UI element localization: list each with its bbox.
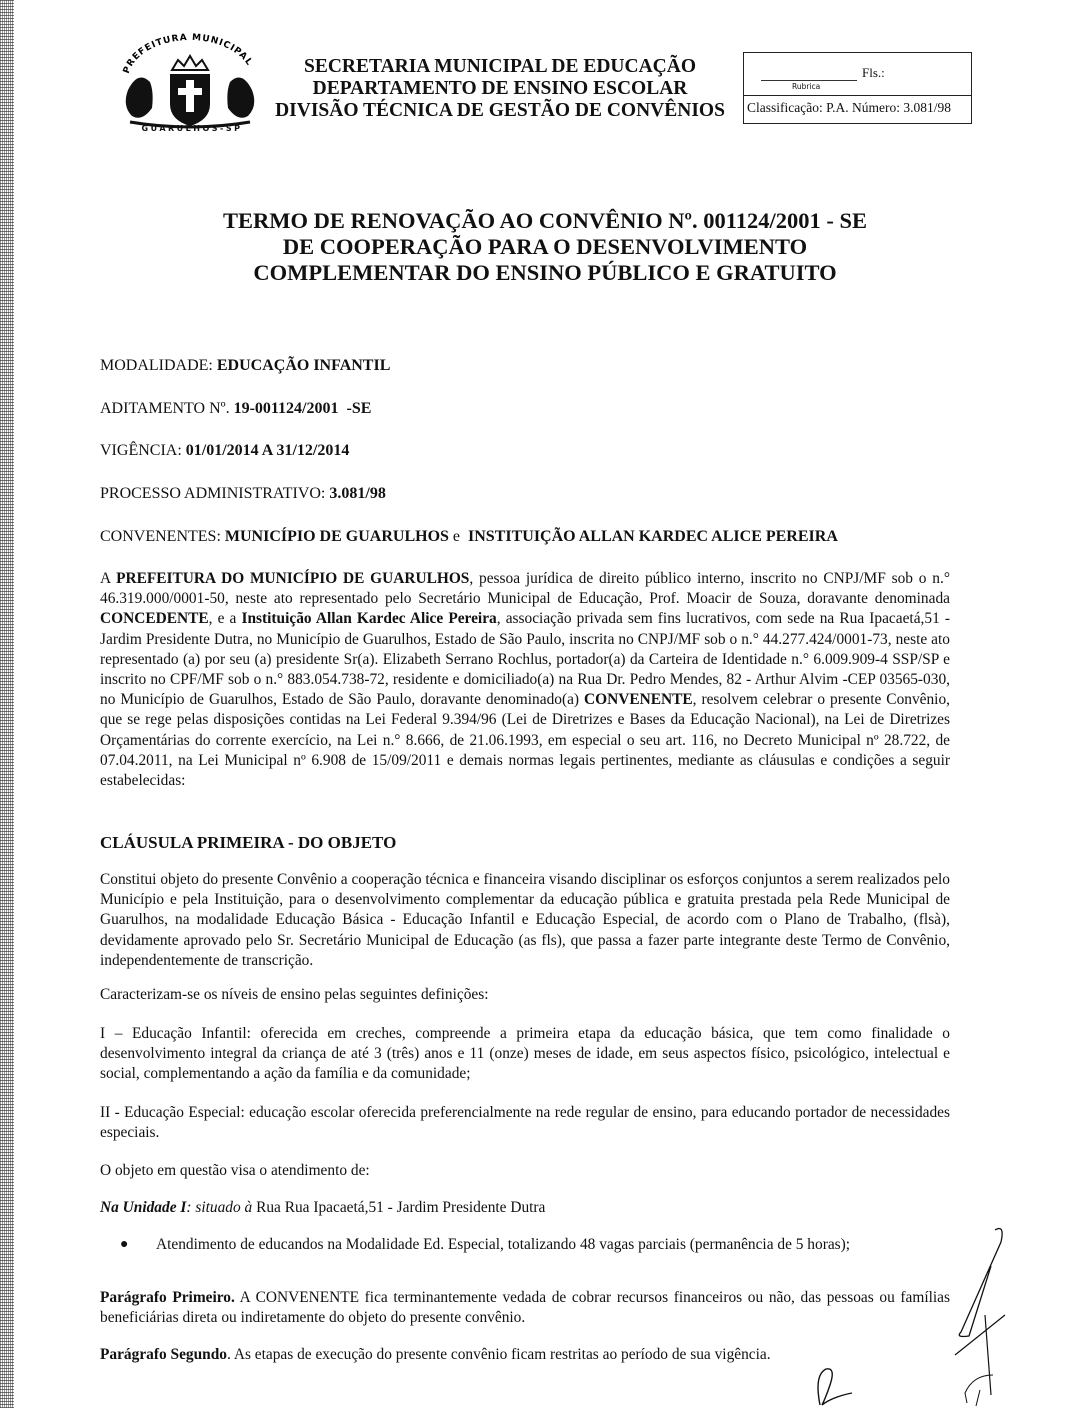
paragrafo-segundo: Parágrafo Segundo. As etapas de execução… [100, 1345, 950, 1365]
classificacao-text: Classificação: P.A. Número: 3.081/98 [744, 96, 971, 116]
meta-value: 01/01/2014 A 31/12/2014 [186, 442, 350, 459]
definition-educacao-infantil: I – Educação Infantil: oferecida em crec… [100, 1024, 950, 1085]
department-header: SECRETARIA MUNICIPAL DE EDUCAÇÃO DEPARTA… [270, 56, 730, 122]
text: : situado à [186, 1199, 256, 1216]
text: A [100, 570, 116, 587]
rubrica-label: Rubrica [792, 82, 820, 91]
page-stamp-box: Fls.: Rubrica Classificação: P.A. Número… [743, 52, 972, 124]
definition-educacao-especial: II - Educação Especial: educação escolar… [100, 1103, 950, 1143]
convenente-label: CONVENENTE [584, 691, 693, 708]
header-line-divisao: DIVISÃO TÉCNICA DE GESTÃO DE CONVÊNIOS [270, 100, 730, 122]
clause-1-title: CLÁUSULA PRIMEIRA - DO OBJETO [100, 833, 396, 853]
bullet-icon: ● [120, 1235, 156, 1255]
svg-text:PREFEITURA MUNICIPAL: PREFEITURA MUNICIPAL [122, 33, 254, 75]
unit-label: Na Unidade I [100, 1199, 186, 1216]
meta-value: INSTITUIÇÃO ALLAN KARDEC ALICE PEREIRA [464, 528, 838, 545]
meta-convenentes: CONVENENTES: MUNICÍPIO DE GUARULHOS e IN… [100, 528, 980, 546]
meta-label: VIGÊNCIA: [100, 442, 186, 459]
document-title: TERMO DE RENOVAÇÃO AO CONVÊNIO Nº. 00112… [200, 208, 890, 286]
meta-label: PROCESSO ADMINISTRATIVO: [100, 485, 329, 502]
object-intro: O objeto em questão visa o atendimento d… [100, 1161, 950, 1181]
scan-edge-noise [0, 0, 14, 1408]
meta-processo: PROCESSO ADMINISTRATIVO: 3.081/98 [100, 485, 980, 503]
meta-label: ADITAMENTO Nº. [100, 400, 234, 417]
meta-value: EDUCAÇÃO INFANTIL [217, 357, 391, 374]
concedente-label: CONCEDENTE [100, 610, 209, 627]
preamble-paragraph: A PREFEITURA DO MUNICÍPIO DE GUARULHOS, … [100, 569, 950, 791]
meta-vigencia: VIGÊNCIA: 01/01/2014 A 31/12/2014 [100, 442, 980, 460]
meta-label: MODALIDADE: [100, 357, 217, 374]
paragrafo-primeiro: Parágrafo Primeiro. A CONVENENTE fica te… [100, 1288, 950, 1328]
title-line-1: TERMO DE RENOVAÇÃO AO CONVÊNIO Nº. 00112… [200, 208, 890, 234]
levels-intro: Caracterizam-se os níveis de ensino pela… [100, 985, 950, 1005]
text: , e a [209, 610, 242, 627]
header-line-secretaria: SECRETARIA MUNICIPAL DE EDUCAÇÃO [270, 56, 730, 78]
meta-value: 3.081/98 [329, 485, 385, 502]
unit-address-line: Na Unidade I: situado à Rua Rua Ipacaetá… [100, 1198, 950, 1218]
meta-modalidade: MODALIDADE: EDUCAÇÃO INFANTIL [100, 357, 980, 375]
meta-value: MUNICÍPIO DE GUARULHOS [225, 528, 449, 545]
institution-name: Instituição Allan Kardec Alice Pereira [241, 610, 496, 627]
list-item: ● Atendimento de educandos na Modalidade… [120, 1235, 950, 1255]
meta-value: 19-001124/2001 -SE [234, 400, 372, 417]
unit-address: Rua Rua Ipacaetá,51 - Jardim Presidente … [256, 1199, 545, 1216]
text: . As etapas de execução do presente conv… [227, 1346, 771, 1363]
header-line-departamento: DEPARTAMENTO DE ENSINO ESCOLAR [270, 78, 730, 100]
title-line-3: COMPLEMENTAR DO ENSINO PÚBLICO E GRATUIT… [200, 260, 890, 286]
fls-label: Fls.: [862, 65, 885, 81]
meta-aditamento: ADITAMENTO Nº. 19-001124/2001 -SE [100, 400, 980, 418]
concedente-name: PREFEITURA DO MUNICÍPIO DE GUARULHOS [116, 570, 469, 587]
title-line-2: DE COOPERAÇÃO PARA O DESENVOLVIMENTO [200, 234, 890, 260]
bullet-text: Atendimento de educandos na Modalidade E… [156, 1235, 850, 1255]
handwritten-initials [808, 1365, 868, 1408]
paragraph-label: Parágrafo Primeiro. [100, 1289, 235, 1306]
clause-1-object-paragraph: Constitui objeto do presente Convênio a … [100, 870, 950, 971]
signature-line [761, 80, 857, 81]
meta-conj: e [449, 528, 464, 545]
handwritten-signature-right [935, 1225, 1055, 1408]
logo-caption: GUARULHOS-SP [122, 124, 262, 133]
meta-label: CONVENENTES: [100, 528, 225, 545]
paragraph-label: Parágrafo Segundo [100, 1346, 227, 1363]
